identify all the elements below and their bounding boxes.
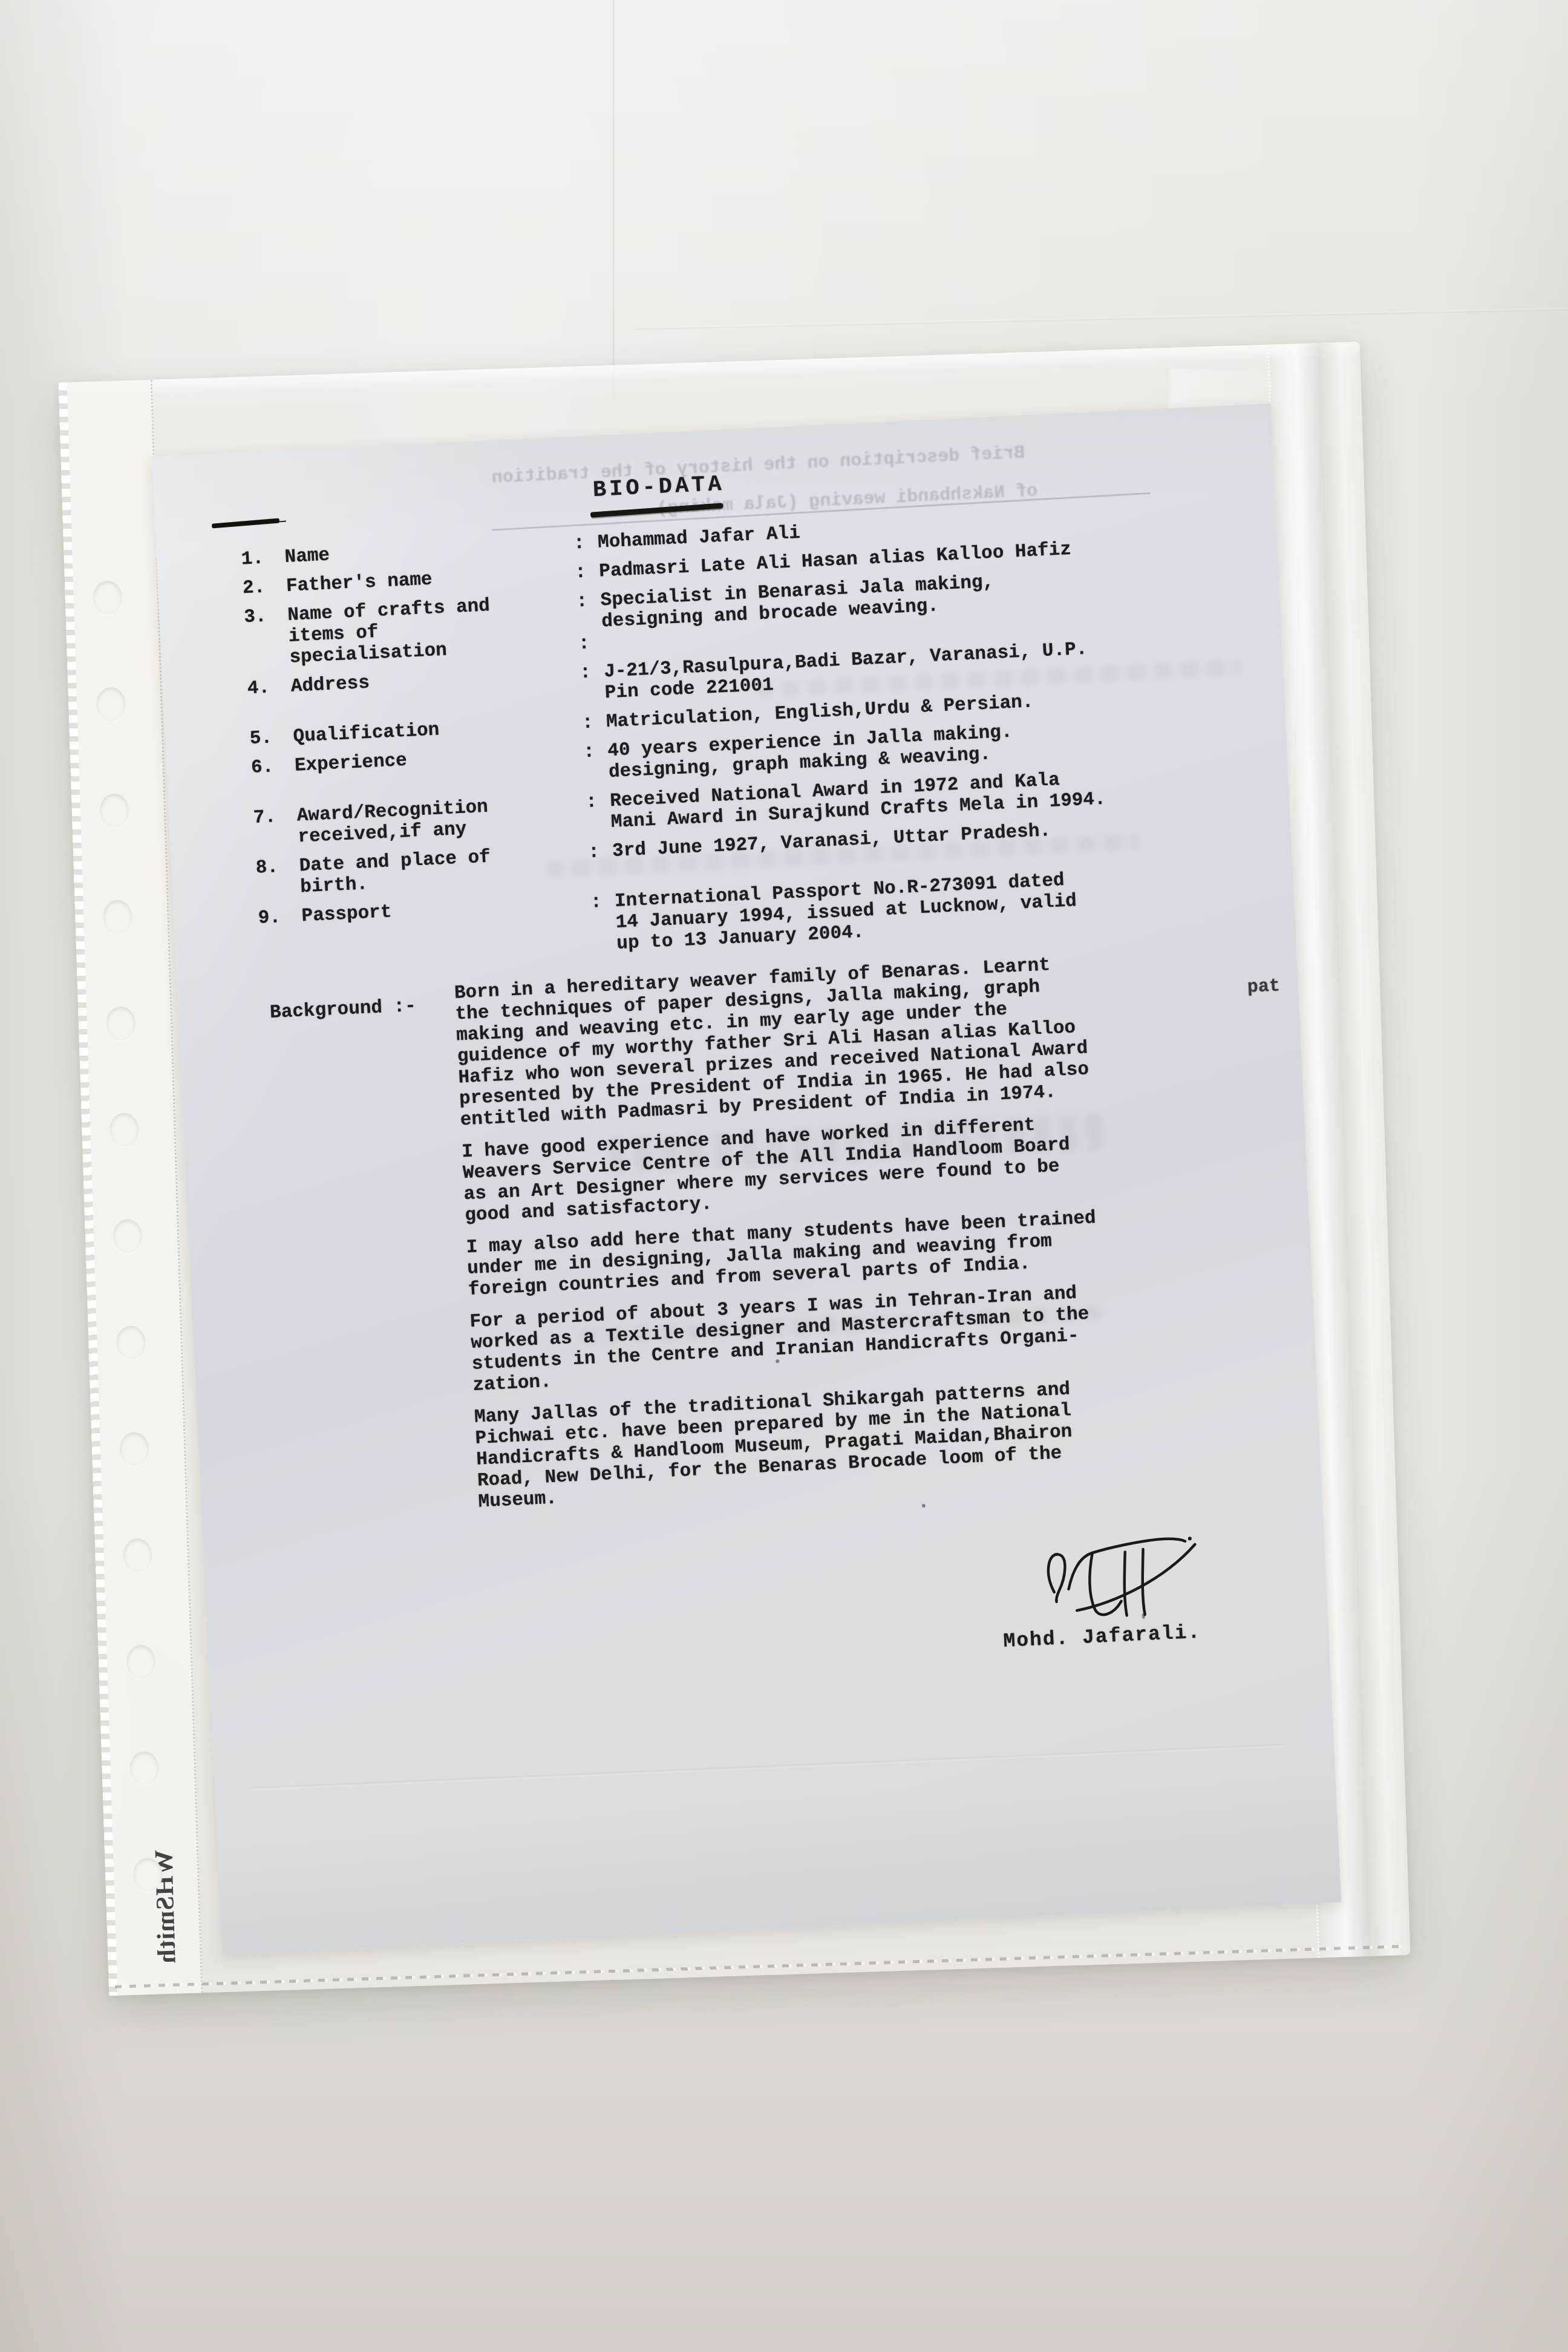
- item-number: 9.: [258, 906, 304, 971]
- item-colon: :: [590, 891, 617, 956]
- page-crease: [250, 1744, 1285, 1791]
- item-colon: :: [575, 561, 600, 584]
- typed-signature-name: Mohd. Jafarali.: [1003, 1621, 1201, 1653]
- item-colon: :: [587, 841, 613, 884]
- item-label: Name of crafts and items of specialisati…: [287, 591, 578, 668]
- item-colon: : :: [576, 590, 603, 655]
- item-label: Passport: [301, 892, 593, 969]
- item-label: Name: [284, 534, 574, 568]
- margin-note: pat: [1247, 976, 1281, 998]
- background-label: Background :-: [269, 996, 416, 1024]
- ink-speck: [1142, 1613, 1145, 1619]
- item-label: Address: [290, 662, 581, 718]
- item-label: Father's name: [286, 562, 575, 596]
- punched-hole: [129, 1751, 160, 1785]
- item-number: 5.: [249, 727, 294, 750]
- item-number: 3.: [244, 605, 290, 670]
- sleeve-top-fold: [59, 342, 1361, 400]
- punched-hole: [106, 1006, 136, 1040]
- item-colon: :: [581, 711, 607, 734]
- item-number: 1.: [241, 547, 286, 570]
- punched-hole: [93, 580, 123, 615]
- item-colon: :: [586, 791, 612, 834]
- item-number: 2.: [242, 576, 287, 599]
- punched-hole: [103, 900, 133, 934]
- punched-hole: [109, 1112, 140, 1147]
- punched-hole: [99, 793, 129, 828]
- punched-hole: [119, 1432, 149, 1466]
- plastic-sleeve: WHSmith Brief description on the history…: [59, 342, 1411, 1996]
- punched-hole: [123, 1538, 153, 1573]
- item-number: 6.: [250, 756, 296, 800]
- sleeve-bottom-seam: [115, 1945, 1404, 1988]
- item-label: Qualification: [293, 713, 583, 747]
- item-number: 4.: [247, 676, 292, 720]
- handwritten-dash-mark: [212, 518, 279, 528]
- item-number: 7.: [253, 806, 298, 850]
- background-paragraph: Many Jallas of the traditional Shikargah…: [474, 1373, 1192, 1512]
- background-section: Background :- Born in a hereditary weave…: [177, 943, 1321, 1526]
- handwritten-signature: [1033, 1519, 1225, 1624]
- item-label: Award/Recognition received,if any: [296, 792, 587, 848]
- item-label: Experience: [294, 742, 585, 797]
- item-colon: :: [583, 740, 609, 784]
- biodata-page: Brief description on the history of the …: [152, 403, 1342, 1955]
- signature-strokes: [1047, 1537, 1198, 1619]
- background-crease-vertical: [612, 0, 615, 399]
- punched-hole: [126, 1644, 156, 1679]
- items-list: 1.Name:Mohammad Jafar Ali2.Father's name…: [156, 500, 1295, 975]
- punched-hole: [113, 1219, 143, 1253]
- background-crease-horizontal: [635, 308, 1567, 330]
- bleed-through-line: Brief description on the history of the …: [491, 443, 1025, 489]
- item-number: 8.: [255, 855, 301, 900]
- item-colon: :: [573, 532, 598, 555]
- background-paragraph: Born in a hereditary weaver family of Be…: [454, 949, 1174, 1131]
- item-colon: :: [579, 661, 605, 705]
- page-content: 1.Name:Mohammad Jafar Ali2.Father's name…: [156, 500, 1322, 1537]
- punched-hole: [96, 687, 126, 721]
- item-label: Date and place of birth.: [299, 842, 590, 898]
- punched-hole: [116, 1325, 146, 1360]
- ink-speck: [922, 1504, 926, 1508]
